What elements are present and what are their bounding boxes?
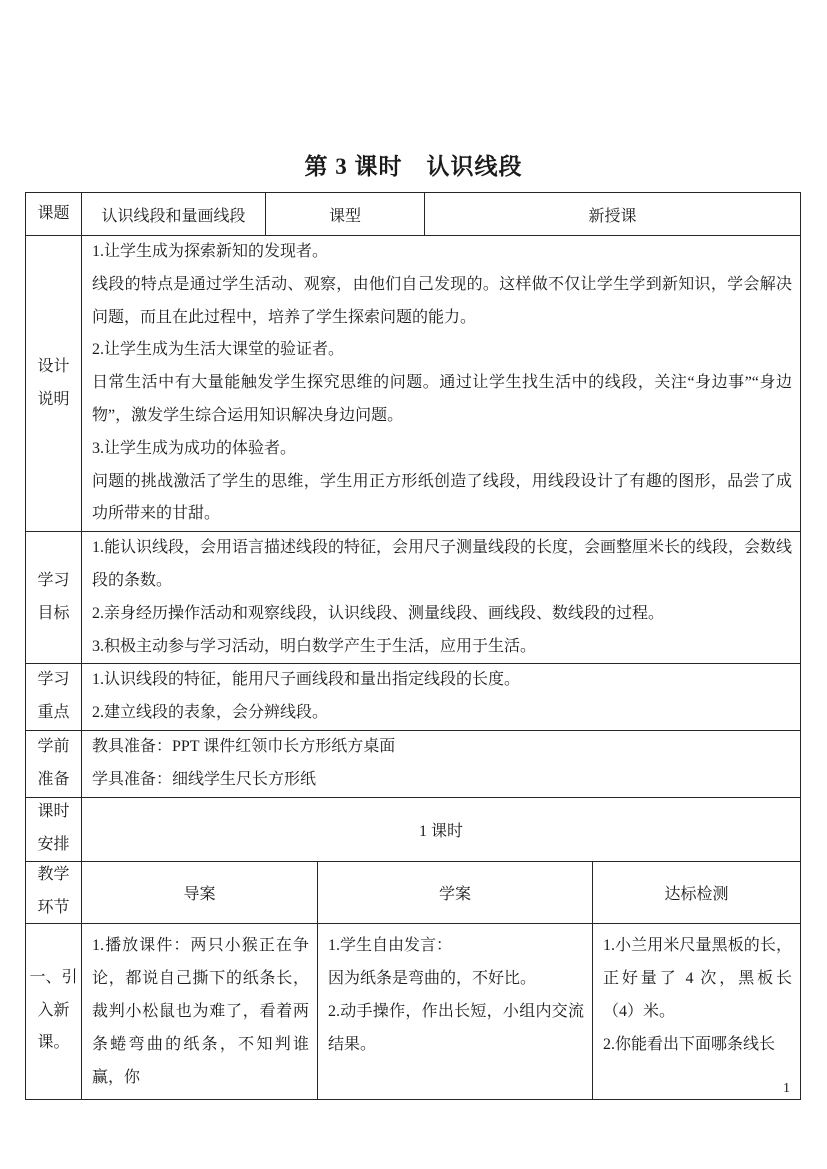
column-header-xuean: 学案 [318, 862, 593, 923]
preparation-paragraph: 学具准备：细线学生尺长方形纸 [92, 764, 792, 797]
goal-paragraph: 1.能认识线段，会用语言描述线段的特征，会用尺子测量线段的长度，会画整厘米长的线… [92, 532, 792, 598]
table-row-preparation: 学前 准备 教具准备：PPT 课件红领巾长方形纸方桌面 学具准备：细线学生尺长方… [26, 731, 800, 798]
design-paragraph: 日常生活中有大量能触发学生探究思维的问题。通过让学生找生活中的线段，关注“身边事… [92, 367, 792, 433]
xuean-paragraph: 1.学生自由发言： [328, 929, 584, 962]
page-number: 1 [783, 1080, 790, 1098]
dabiao-paragraph: 2.你能看出下面哪条线长 [603, 1028, 792, 1061]
document-page: 第 3 课时 认识线段 课题 认识线段和量画线段 课型 新授课 设计 说明 1.… [0, 0, 827, 1169]
xuean-paragraph: 因为纸条是弯曲的，不好比。 [328, 962, 584, 995]
design-paragraph: 线段的特点是通过学生活动、观察，由他们自己发现的。这样做不仅让学生学到新知识，学… [92, 269, 792, 335]
table-row-learning-goals: 学习 目标 1.能认识线段，会用语言描述线段的特征，会用尺子测量线段的长度，会画… [26, 532, 800, 664]
dabiao-paragraph: 1.小兰用米尺量黑板的长，正好量了 4 次，黑板长（4）米。 [603, 929, 792, 1028]
preparation-paragraph: 教具准备：PPT 课件红领巾长方形纸方桌面 [92, 731, 792, 764]
design-paragraph: 问题的挑战激活了学生的思维，学生用正方形纸创造了线段，用线段设计了有趣的图形，品… [92, 466, 792, 532]
preparation-label: 学前 准备 [26, 731, 82, 797]
goal-paragraph: 2.亲身经历操作活动和观察线段，认识线段、测量线段、画线段、数线段的过程。 [92, 598, 792, 631]
goal-paragraph: 3.积极主动参与学习活动，明白数学产生于生活，应用于生活。 [92, 631, 792, 664]
table-row-key-points: 学习 重点 1.认识线段的特征，能用尺子画线段和量出指定线段的长度。 2.建立线… [26, 664, 800, 731]
table-row-topic: 课题 认识线段和量画线段 课型 新授课 [26, 193, 800, 236]
page-title: 第 3 课时 认识线段 [0, 0, 827, 184]
design-paragraph: 2.让学生成为生活大课堂的验证者。 [92, 334, 792, 367]
course-type-label-cell: 课型 [266, 193, 425, 235]
schedule-value: 1 课时 [82, 798, 800, 861]
table-row-stage-1: 一、引 入新 课。 1.播放课件：两只小猴正在争论，都说自己撕下的纸条长，裁判小… [26, 924, 800, 1099]
stage-1-dabiao-cell: 1.小兰用米尺量黑板的长，正好量了 4 次，黑板长（4）米。 2.你能看出下面哪… [593, 924, 800, 1099]
course-type-value-cell: 新授课 [425, 193, 800, 235]
preparation-content: 教具准备：PPT 课件红领巾长方形纸方桌面 学具准备：细线学生尺长方形纸 [82, 731, 800, 797]
table-row-schedule: 课时 安排 1 课时 [26, 798, 800, 862]
learning-goals-label: 学习 目标 [26, 532, 82, 663]
design-paragraph: 3.让学生成为成功的体验者。 [92, 433, 792, 466]
design-notes-label: 设计 说明 [26, 236, 82, 531]
topic-label-cell: 课题 [26, 193, 82, 235]
xuean-paragraph: 2.动手操作，作出长短，小组内交流结果。 [328, 995, 584, 1061]
stage-header-label: 教学 环节 [26, 862, 82, 923]
design-notes-content: 1.让学生成为探索新知的发现者。 线段的特点是通过学生活动、观察，由他们自己发现… [82, 236, 800, 531]
lesson-plan-table: 课题 认识线段和量画线段 课型 新授课 设计 说明 1.让学生成为探索新知的发现… [25, 192, 801, 1100]
topic-value-cell: 认识线段和量画线段 [82, 193, 266, 235]
learning-goals-content: 1.能认识线段，会用语言描述线段的特征，会用尺子测量线段的长度，会画整厘米长的线… [82, 532, 800, 663]
key-point-paragraph: 2.建立线段的表象，会分辨线段。 [92, 697, 792, 730]
key-points-content: 1.认识线段的特征，能用尺子画线段和量出指定线段的长度。 2.建立线段的表象，会… [82, 664, 800, 730]
stage-1-daoan-cell: 1.播放课件：两只小猴正在争论，都说自己撕下的纸条长，裁判小松鼠也为难了，看着两… [82, 924, 318, 1099]
key-point-paragraph: 1.认识线段的特征，能用尺子画线段和量出指定线段的长度。 [92, 664, 792, 697]
column-header-dabiao: 达标检测 [593, 862, 800, 923]
schedule-label: 课时 安排 [26, 798, 82, 861]
design-paragraph: 1.让学生成为探索新知的发现者。 [92, 236, 792, 269]
key-points-label: 学习 重点 [26, 664, 82, 730]
table-row-design-notes: 设计 说明 1.让学生成为探索新知的发现者。 线段的特点是通过学生活动、观察，由… [26, 236, 800, 532]
column-header-daoan: 导案 [82, 862, 318, 923]
table-row-stage-header: 教学 环节 导案 学案 达标检测 [26, 862, 800, 924]
stage-1-xuean-cell: 1.学生自由发言： 因为纸条是弯曲的，不好比。 2.动手操作，作出长短，小组内交… [318, 924, 593, 1099]
stage-1-label: 一、引 入新 课。 [26, 924, 82, 1099]
daoan-paragraph: 1.播放课件：两只小猴正在争论，都说自己撕下的纸条长，裁判小松鼠也为难了，看着两… [92, 929, 309, 1094]
